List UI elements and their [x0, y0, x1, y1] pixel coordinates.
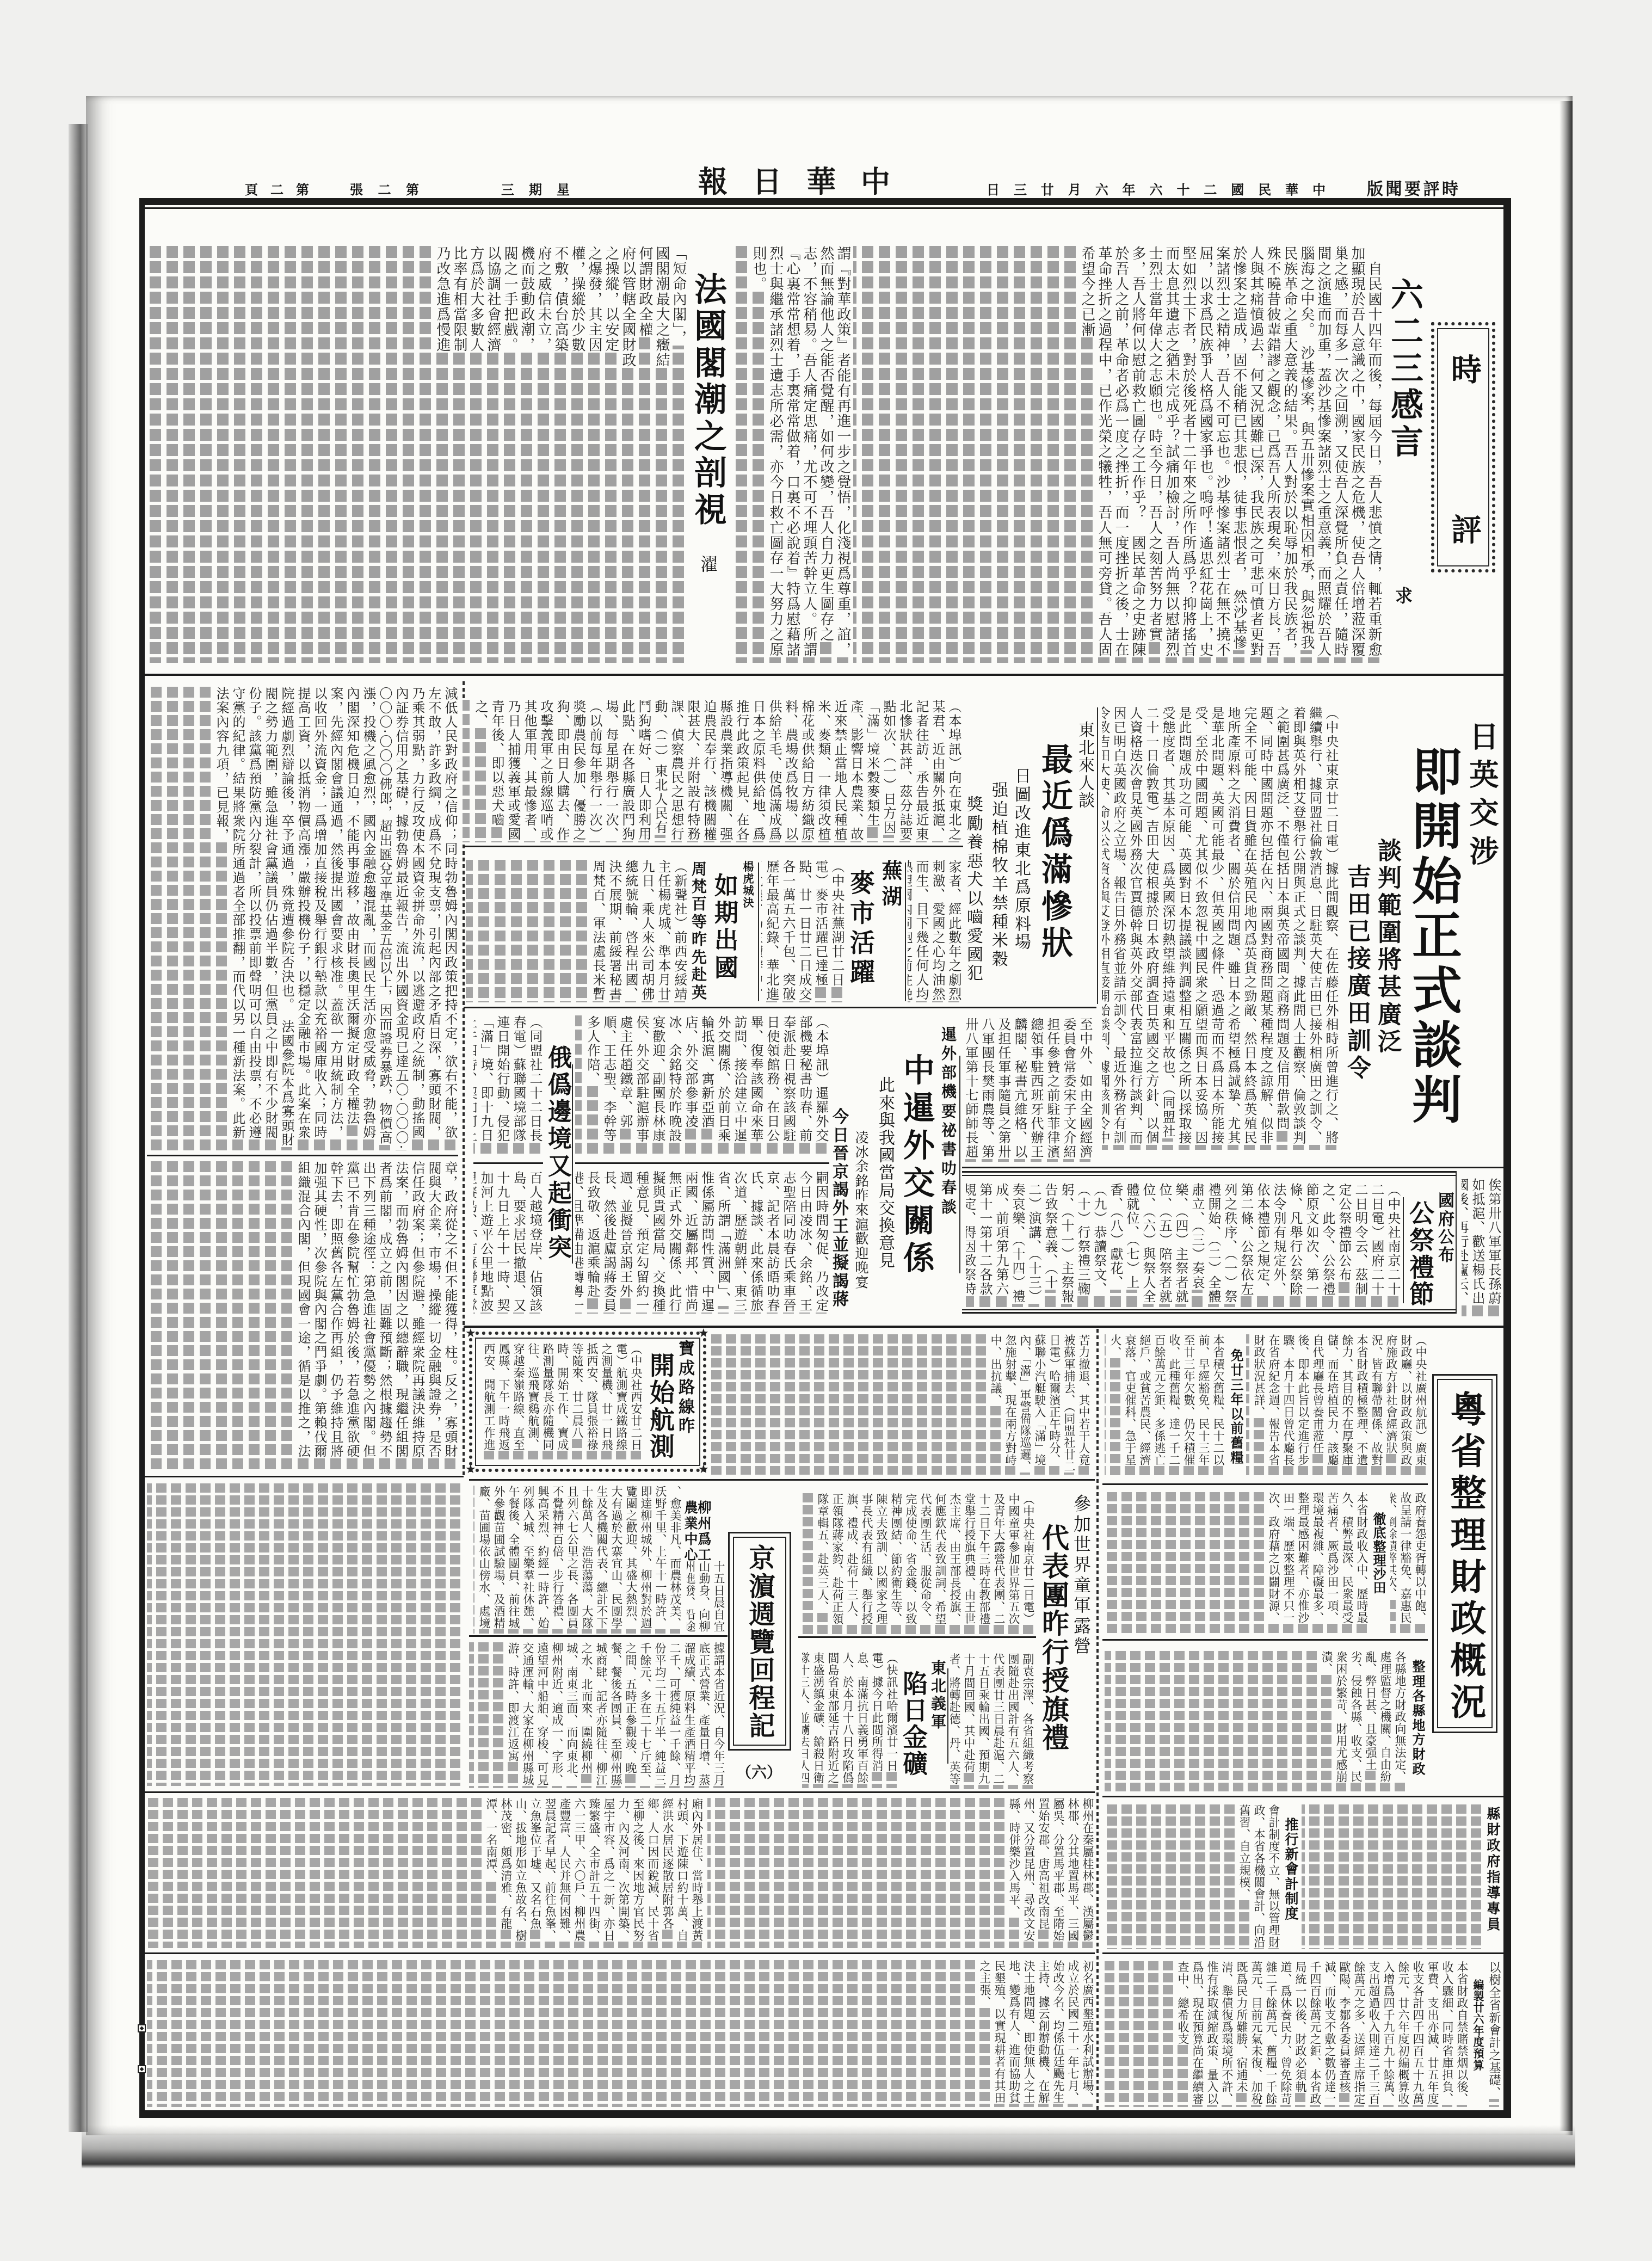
volunteers-body: （快訊社哈爾濱廿一日電）據今日此間所得消息、南滿抗日義勇軍百餘人、於本月十八日攻… — [802, 1652, 899, 1788]
column-divider — [758, 862, 759, 1001]
text-column: 之操縱，以安定 — [602, 246, 619, 663]
column-rule — [147, 1155, 458, 1156]
star-ornament-icon: ★ — [698, 1464, 709, 1476]
text-column: 乃改急進爲慢進 — [434, 246, 451, 663]
scouts-body: （中央社南京廿二日電）中國童軍參加世界第五次及青年大露營代表團、二十二日下午三時… — [798, 1493, 1035, 1635]
masthead-rule-thin — [143, 207, 1511, 209]
scan-edge-shadow-left — [69, 124, 88, 2132]
newspaper-title: 中華日報 — [698, 166, 890, 199]
article-text: 嗣因時間匆促、乃改定今日由凌冰、余銘、王志聖陪同叻春氏乘車晉京、記者本晨訪晤叻春… — [575, 1171, 829, 1313]
guangdong-subhead: 免廿三年以前舊糧 — [1228, 1348, 1244, 1464]
manchukuo-kicker: 東北來人談 — [1075, 721, 1094, 808]
article-text: 初名廣西墾殖水利試辦場、成立於民國二十一年七月、始改今名、均係伍廷颺先生主持、據… — [977, 1960, 1095, 2104]
article-text: 柳州在秦屬桂林郡、漢屬鬱林郡、分其地置馬平、三國屬吳、分置馬平郡、至隋始置始安郡… — [1006, 1798, 1095, 1942]
column-rule — [798, 1636, 1036, 1638]
siam-body-continued: 嗣因時間匆促、乃改定今日由凌冰、余銘、王志聖陪同叻春氏乘車晉京、記者本晨訪晤叻春… — [575, 1171, 829, 1314]
column-rule — [1102, 1639, 1428, 1641]
french-cabinet-author: 濯 — [699, 555, 717, 575]
article-text: 政府養怨吏胥轉以中飽、故呈請一律豁免、嘉惠民衆、剷除積弊其次、 — [1390, 1492, 1427, 1624]
article-text: （快訊社哈爾濱廿一日電）據今日此間所得消息、南滿抗日義勇軍百餘人、於本月十八日攻… — [802, 1652, 899, 1784]
anglo-japanese-subhead: 吉田已接廣田訓令 — [1344, 864, 1369, 1079]
border-clash-body: 百人越境登岸、佔領該島、要求居民撤退、又十九日上午十一時、契加河上遊平公里地點波… — [473, 1171, 543, 1314]
article-text: 謂『對華政策』者能有再進一步之覺悟，化淺視爲尊重，誼，然而無論他人之能否覺醒，如… — [749, 246, 851, 657]
text-column: 閥之一手把戲。 — [501, 246, 518, 663]
text-run: 府以管轄全國財政 — [618, 246, 638, 368]
text-column: 比率有相當限制 — [451, 246, 467, 663]
siam-subhead: 此來與我國當局交換意見 — [876, 1076, 894, 1268]
manchukuo-subhead: 日圖改進東北爲原料場 — [1012, 767, 1030, 950]
volunteers-kicker: 東北義軍 — [930, 1660, 945, 1729]
box-border-right — [1456, 1171, 1457, 1314]
guangdong-headline: 粵省整理財政概況 — [1445, 1390, 1485, 1719]
guangdong-section-body: 各縣地方財政向無法定、處理監督之機關、自由紛亂、弊日甚、且豪强土劣、侵蝕各縣、收… — [1105, 1651, 1407, 1791]
siam-subhead: 凌冰余銘昨來滬歡迎晚宴 — [853, 1130, 869, 1289]
article-text: 以樹全省新會計之基礎、 — [1486, 1961, 1501, 2099]
article-text: 百人越境登岸、佔領該島、要求居民撤退、又十九日上午十一時、契加河上遊平公里地點波… — [473, 1171, 543, 1313]
text-column: 之爆發，其主因 — [585, 246, 602, 663]
text-run: 之操縱，以安定 — [601, 246, 621, 353]
yang-body-continued: 至中外、如由全國經濟委員會常委宋子文介紹担任參贊之前駐菲律濱總領事駐西班牙代辦王… — [964, 1018, 1093, 1162]
scan-edge-shadow-right — [1559, 101, 1573, 2131]
memorial-rites-body: （中央社南京二十二日電）國府二十二日明令云、茲制定公祭禮節公布之、此令、公祭禮節… — [966, 1183, 1401, 1307]
text-column: 府之威信未立， — [535, 246, 552, 663]
text-column: 何謂財政全權 — [636, 246, 653, 663]
text-run: 何謂財政全權 — [635, 246, 655, 337]
travelogue-lead: 十五日晨自宜山動身、向柳州進發、沿途風景 — [687, 1561, 726, 1632]
frame-diamond-ornament: ◆ — [138, 2065, 146, 2073]
guangdong-subhead: 徹底整理沙田 — [1371, 1512, 1386, 1594]
column-rule — [469, 1479, 1095, 1481]
article-text: 副袁宗澤、各省組織考察團隨赴出國計有五六人、代表團廿三日晨赴滬、二十五日乘輪出國… — [950, 1653, 1035, 1785]
guangdong-subhead: 編製廿六年度預算 — [1471, 1979, 1485, 2071]
column-rule — [1102, 1952, 1503, 1954]
guangdong-subhead: 推行新會計制度 — [1283, 1818, 1298, 1920]
column-rule — [145, 1952, 1095, 1954]
yang-body: （新聲社）前西安綏靖主任楊虎城、準本月廿九日、乘人來公司胡佛總統號輪、啓程出國、… — [466, 860, 688, 1002]
commentary-body: 自民國十四年而後，每屆今日，吾人悲憤之情，輒若重新愈加顯現於吾人意識之中，國家民… — [853, 246, 1382, 663]
manchukuo-body: （本埠訊）向在東北之某君、近由關外抵滬、記者往訪、承告最近東北慘狀甚詳、茲分誌要… — [463, 700, 962, 842]
column-divider — [1403, 1197, 1404, 1303]
box-double-rule-bottom — [962, 1312, 1456, 1314]
manchukuo-body-end: 家者、經此數年之劇烈刺激、愛國之心均油然而生、目下幾任何人均熱望關內同胞之前往挽… — [908, 860, 962, 1002]
column-divider-dotted — [1096, 1329, 1099, 2110]
column-rule — [145, 1791, 1095, 1793]
siam-body: （本埠訊）暹羅外交部機要秘書叻春、前奉派赴日視察該國駐日使領館務、在日公畢、復奉… — [575, 1015, 829, 1156]
guangdong-subhead: 整理各縣地方財政 — [1409, 1660, 1426, 1775]
header-weekday: 星期三 — [501, 182, 570, 198]
text-run: 國閣潮最大之癥結 — [652, 246, 671, 368]
scan-edge-shadow-bottom — [82, 2125, 1575, 2168]
travelogue-body — [147, 1483, 463, 1786]
column-rule — [962, 1167, 1503, 1168]
guangdong-intro: （中央社廣州航訊）廣東財政廳、以財政政策與政府施政方針社會經濟狀況、皆有聯帶關係… — [1246, 1334, 1428, 1477]
article-text: 廂內外居住、當時舉上渡黃村頭、下遊陳口約十萬、自經洪水居民逐散居附郭各鄉、人口因… — [483, 1798, 704, 1942]
article-text: 苦力撤退、其中若干人竟被蘇軍捕去、（同盟社廿二日電）哈爾濱正午時分、蘇聯小汽艇駛… — [988, 1334, 1091, 1473]
french-cabinet-headline: 法國閣潮之剖視 — [691, 272, 725, 525]
header-date: 中華民國二十六年六月廿三日 — [987, 182, 1326, 198]
header-sheet-number: 第二張 — [350, 182, 419, 198]
article-text: 、愈美非凡、而農林茂美、沃野千里、上午十一時許、即達柳州城外、柳州對於週覽團之歡… — [476, 1486, 682, 1629]
text-run: 之爆發，其主因 — [584, 246, 604, 353]
french-cabinet-body-bottom: 章，政府從之不但不能獲得，柱。反之，寡頭財閥與大企業，市場，操縱一切金融與證券，… — [147, 1161, 458, 1471]
yang-subhead: 周梵百等昨先赴英 — [690, 861, 706, 1000]
memorial-rites-headline: 公祭禮節 — [1407, 1200, 1434, 1306]
border-clash-body-continued: 苦力撤退、其中若干人竟被蘇軍捕去、（同盟社廿二日電）哈爾濱正午時分、蘇聯小汽艇駛… — [710, 1334, 1091, 1475]
yang-note: 俟第卅八軍軍長孫蔚如抵滬、歡送楊氏出國後、再行赴廬云、 — [1462, 1178, 1502, 1319]
anglo-japanese-body: （中央社東京廿二日電）據此間觀察、在佐藤任外相時所曾進行之、將繼續舉行、據同盟社… — [1102, 706, 1339, 1150]
article-text: （中央社蕪湖廿二日電）麥市活躍已達極點、廿一日廿二日成交各一萬五六千包、突破歷年… — [761, 860, 845, 1001]
siam-kicker: 暹外部機要祕書叻春談 — [940, 1026, 956, 1214]
commentary-headline: 六二三感言 — [1386, 278, 1422, 457]
yang-headline: 如期出國 — [711, 873, 737, 979]
star-ornament-icon: ★ — [698, 1328, 709, 1340]
text-run: 閥之一手把戲。 — [500, 246, 520, 353]
masthead-rule-thick — [143, 198, 1511, 205]
travelogue-body: 廂內外居住、當時舉上渡黃村頭、下遊陳口約十萬、自經洪水居民逐散居附郭各鄉、人口因… — [147, 1798, 704, 1948]
column-divider — [572, 1064, 573, 1264]
column-rule — [469, 1635, 728, 1637]
manchukuo-subhead: 强迫植棉牧羊禁種米穀 — [989, 781, 1007, 966]
travelogue-series-title: 京濵週覽回程記 — [744, 1544, 775, 1738]
text-column: 以協調社會經濟 — [484, 246, 501, 663]
header-edition: 時評要聞版 — [1367, 181, 1458, 198]
guangdong-section-body: 本省財政收入中、歷時最久、積弊最深、民衆最受苦痛者、厥爲沙田一項、環境最複雜、障… — [1105, 1492, 1369, 1635]
article-text: 減低人民對政府之信仰；同時勃魯姆內閣因政策把持不定，欲右不能，欲左不敢，許多政綱… — [212, 687, 458, 1150]
star-ornament-icon: ★ — [465, 1464, 476, 1476]
article-text: （本埠訊）向在東北之某君、近由關外抵滬、記者往訪、承告最近東北慘狀甚詳、茲分誌要… — [471, 700, 962, 841]
text-column: 機而鼓動政潮， — [518, 246, 535, 663]
text-column: 權，操縱於少數 — [569, 246, 585, 663]
column-divider — [1097, 707, 1098, 1004]
guangdong-section-lead: 以樹全省新會計之基礎、 — [1486, 1961, 1501, 2107]
text-run: 不敷，債台高築 — [551, 246, 570, 353]
siam-subhead: 今日晉京謁外王並擬謁蔣 — [830, 1108, 847, 1307]
travelogue-subhead: 柳州爲工農業中心 — [683, 1500, 711, 1561]
commentary-label: 時評 — [1447, 354, 1480, 544]
text-run: 府之威信未立， — [534, 246, 553, 353]
box-double-rule-bottom — [962, 1309, 1456, 1310]
article-text: 至中外、如由全國經濟委員會常委宋子文介紹担任參贊之前駐菲律濱總領事駐西班牙代辦王… — [964, 1018, 1093, 1159]
guangdong-section-body: 本省財政自禁賭禁烟以後、收入驟細、同時省庫担負、軍費、支出亦減、廿五年度收支各計… — [1105, 1961, 1469, 2107]
article-text: 會計制度不立、無以管理財政、本省各機關會計、向沿舊習、自立規模、 — [1236, 1804, 1281, 1948]
text-column: 國閣潮最大之癥結 — [653, 246, 670, 663]
french-cabinet-body-middle: 減低人民對政府之信仰；同時勃魯姆內閣因政策把持不定，欲右不能，欲左不敢，許多政綱… — [147, 687, 458, 1153]
header-page-number: 第二頁 — [245, 182, 309, 198]
baocheng-body: （中央社西安廿二日電）航測寶成鐵路線之測量機、廿一日飛抵西安、隊員張裕祿等隨來、… — [481, 1343, 643, 1459]
manchukuo-headline: 最近僞滿慘狀 — [1037, 743, 1072, 958]
anglo-japanese-subhead: 談判範圍將甚廣泛 — [1374, 838, 1400, 1053]
commentary-body-conclusion: 謂『對華政策』者能有再進一步之覺悟，化淺視爲尊重，誼，然而無論他人之能否覺醒，如… — [736, 246, 851, 663]
scouts-kicker: 參加世界童軍露營 — [1072, 1494, 1090, 1654]
column-rule — [464, 846, 963, 847]
text-column: 不敷，債台高築 — [552, 246, 569, 663]
guangdong-section-body: 會計制度不立、無以管理財政、本省各機關會計、向沿舊習、自立規模、 — [1105, 1804, 1281, 1949]
scouts-body-continued: 副袁宗澤、各省組織考察團隨赴出國計有五六人、代表團廿三日晨赴滬、二十五日乘輪出國… — [950, 1653, 1035, 1789]
wuhu-body: （中央社蕪湖廿二日電）麥市活躍已達極點、廿一日廿二日成交各一萬五六千包、突破歷年… — [761, 860, 845, 1002]
guangdong-section-body — [1302, 1804, 1483, 1949]
article-text: （中央社南京廿二日電）中國童軍參加世界第五次及青年大露營代表團、二十二日下午三時… — [815, 1493, 1035, 1625]
column-divider — [947, 1668, 948, 1764]
travelogue-body: 初名廣西墾殖水利試辦場、成立於民國二十一年七月、始改今名、均係伍廷颺先生主持、據… — [147, 1960, 1095, 2107]
text-run: 乃改急進爲慢進 — [433, 246, 452, 353]
section-rule-top — [145, 674, 1503, 676]
text-column: 府以管轄全國財政 — [619, 246, 636, 663]
article-text: 各縣地方財政向無法定、處理監督之機關、自由紛亂、弊日甚、且豪强土劣、侵蝕各縣、收… — [1318, 1651, 1407, 1783]
siam-headline: 中暹外交關係 — [899, 1054, 934, 1273]
article-text: 據謂本省近況、自今年三月底正式營業、產量日增、蒸溜成績、原料生產酒精平均二千、可… — [505, 1642, 726, 1786]
baocheng-kicker: 寶成路線昨 — [675, 1340, 694, 1433]
border-clash-body: （同盟社二十二日長春電）蘇聯國境部隊連日開始行動、侵犯「滿」境、即十九日上午四時… — [473, 1015, 543, 1156]
yang-kicker: 楊虎城決 — [740, 861, 755, 908]
article-text: （中央社廣州航訊）廣東財政廳、以財政政策與政府施政方針社會經濟狀況、皆有聯帶關係… — [1251, 1334, 1428, 1466]
column-rule — [1102, 1483, 1428, 1485]
scouts-headline: 代表團昨行授旗禮 — [1038, 1524, 1069, 1751]
guangdong-section-body: 本省積欠舊糧、民十二以前、早經豁免、民十三年至廿三年欠數、仍欠積催收、此種舊糧、… — [1105, 1334, 1225, 1477]
travelogue-body: 據謂本省近況、自今年三月底正式營業、產量日增、蒸溜成績、原料生產酒精平均二千、可… — [469, 1642, 726, 1788]
newspaper-page-scan: 第二頁 第二張 星期三 中華日報 中華民國二十六年六月廿三日 時評要聞版 ◆ ◆… — [0, 0, 1652, 2261]
text-run: 方爲於大多數人 — [466, 246, 486, 353]
text-run: 權，操縱於少數 — [568, 246, 587, 353]
french-cabinet-body-top: 「短命內閣」，國閣潮最大之癥結何謂財政全權府以管轄全國財政之操縱，以安定之爆發，… — [147, 246, 687, 663]
article-text: （同盟社二十二日長春電）蘇聯國境部隊連日開始行動、侵犯「滿」境、即十九日上午四時… — [473, 1015, 543, 1143]
wuhu-kicker: 蕪湖 — [879, 860, 902, 906]
article-text: 本省財政自禁賭禁烟以後、收入驟細、同時省庫担負、軍費、支出亦減、廿五年度收支各計… — [1175, 1961, 1469, 2105]
text-run: 比率有相當限制 — [449, 246, 469, 353]
anglo-japanese-headline: 即開始正式談判 — [1405, 746, 1460, 1124]
column-rule — [575, 1162, 829, 1164]
guangdong-section-lead: 政府養怨吏胥轉以中飽、故呈請一律豁免、嘉惠民衆、剷除積弊其次、 — [1390, 1492, 1427, 1635]
article-text: 十五日晨自宜山動身、向柳州進發、沿途風景 — [687, 1561, 726, 1632]
article-text: 章，政府從之不但不能獲得，柱。反之，寡頭財閥與大企業，市場，操縱一切金融與證券，… — [294, 1161, 458, 1458]
column-rule — [473, 1162, 543, 1164]
article-text: 家者、經此數年之劇烈刺激、愛國之心均油然而生、目下幾任何人均熱望關內同胞之前往挽… — [908, 860, 962, 1001]
column-rule — [145, 1476, 464, 1477]
memorial-rites-kicker: 國府公布 — [1435, 1192, 1453, 1262]
anglo-japanese-kicker: 日英交涉 — [1465, 721, 1498, 865]
guangdong-subhead: 縣財政府指導專員 — [1485, 1807, 1500, 1931]
volunteers-headline: 陷日金礦 — [901, 1671, 927, 1776]
article-text: 自民國十四年而後，每屆今日，吾人悲憤之情，輒若重新愈加顯現於吾人意識之中，國家民… — [1077, 246, 1382, 657]
wuhu-headline: 麥市活躍 — [848, 870, 874, 984]
column-rule — [464, 1007, 1096, 1008]
article-text: （新聲社）前西安綏靖主任楊虎城、準本月廿九日、乘人來公司胡佛總統號輪、啓程出國、… — [589, 860, 688, 1001]
frame-border-right — [1503, 198, 1511, 2118]
border-clash-headline: 俄僞邊境又起衝突 — [544, 1045, 570, 1259]
manchukuo-subhead: 獎勵養惡犬以嚙愛國犯 — [964, 796, 982, 981]
frame-border-left — [139, 198, 145, 2118]
article-text: （中央社西安廿二日電）航測寶成鐵路線之測量機、廿一日飛抵西安、隊員張裕祿等隨來、… — [481, 1343, 643, 1451]
article-text: 本省財政收入中、歷時最久、積弊最深、民衆最受苦痛者、厥爲沙田一項、環境最複雜、障… — [1266, 1492, 1369, 1624]
column-divider — [905, 862, 906, 1001]
commentary-author: 求 — [1393, 587, 1413, 606]
box-double-rule-top — [962, 1175, 1456, 1176]
article-text: （中央社東京廿二日電）據此間觀察、在佐藤任外相時所曾進行之、將繼續舉行、據同盟社… — [1102, 706, 1339, 1145]
column-rule — [1102, 1796, 1503, 1797]
travelogue-body: 、愈美非凡、而農林茂美、沃野千里、上午十一時許、即達柳州城外、柳州對於週覽團之歡… — [473, 1486, 682, 1634]
travelogue-installment: （六） — [729, 1761, 789, 1783]
box-double-rule-top — [962, 1171, 1456, 1173]
text-run: 機而鼓動政潮， — [517, 246, 537, 353]
article-text: 俟第卅八軍軍長孫蔚如抵滬、歡送楊氏出國後、再行赴廬云、 — [1462, 1178, 1502, 1305]
text-column: 「短命內閣」， — [670, 246, 687, 663]
text-column: 方爲於大多數人 — [467, 246, 484, 663]
section-rule-middle — [464, 1326, 1503, 1328]
travelogue-body: 柳州在秦屬桂林郡、漢屬鬱林郡、分其地置馬平、三國屬吳、分置馬平郡、至隋始置始安郡… — [707, 1798, 1095, 1948]
star-ornament-icon: ★ — [465, 1328, 476, 1340]
baocheng-headline: 開始航測 — [646, 1352, 675, 1458]
article-text: （本埠訊）暹羅外交部機要秘書叻春、前奉派赴日視察該國駐日使領館務、在日公畢、復奉… — [583, 1015, 829, 1143]
column-divider — [959, 1056, 960, 1273]
text-run: 以協調社會經濟 — [483, 246, 503, 353]
frame-diamond-ornament: ◆ — [138, 2024, 146, 2032]
article-text: 本省積欠舊糧、民十二以前、早經豁免、民十三年至廿三年欠數、仍欠積催收、此種舊糧、… — [1107, 1334, 1225, 1466]
article-text: （中央社南京二十二日電）國府二十二日明令云、茲制定公祭禮節公布之、此令、公祭禮節… — [966, 1183, 1401, 1304]
frame-border-bottom — [139, 2110, 1511, 2118]
